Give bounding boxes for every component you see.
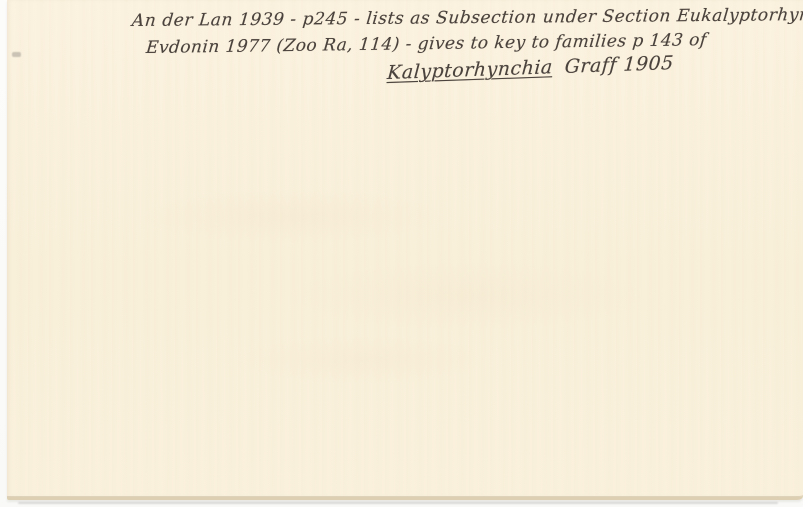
handwritten-note-line-3: KalyptorhynchiaGraff 1905 [386, 52, 674, 84]
index-card-back: An der Lan 1939 - p245 - lists as Subsec… [7, 0, 803, 500]
taxon-authority: Graff 1905 [564, 52, 675, 78]
card-paper-texture [47, 120, 747, 440]
scanned-page: An der Lan 1939 - p245 - lists as Subsec… [0, 0, 803, 507]
edge-smudge-mark [12, 52, 21, 57]
taxon-name-underlined: Kalyptorhynchia [386, 56, 553, 84]
card-bottom-shadow [18, 502, 778, 504]
handwritten-note-line-1: An der Lan 1939 - p245 - lists as Subsec… [131, 5, 803, 31]
